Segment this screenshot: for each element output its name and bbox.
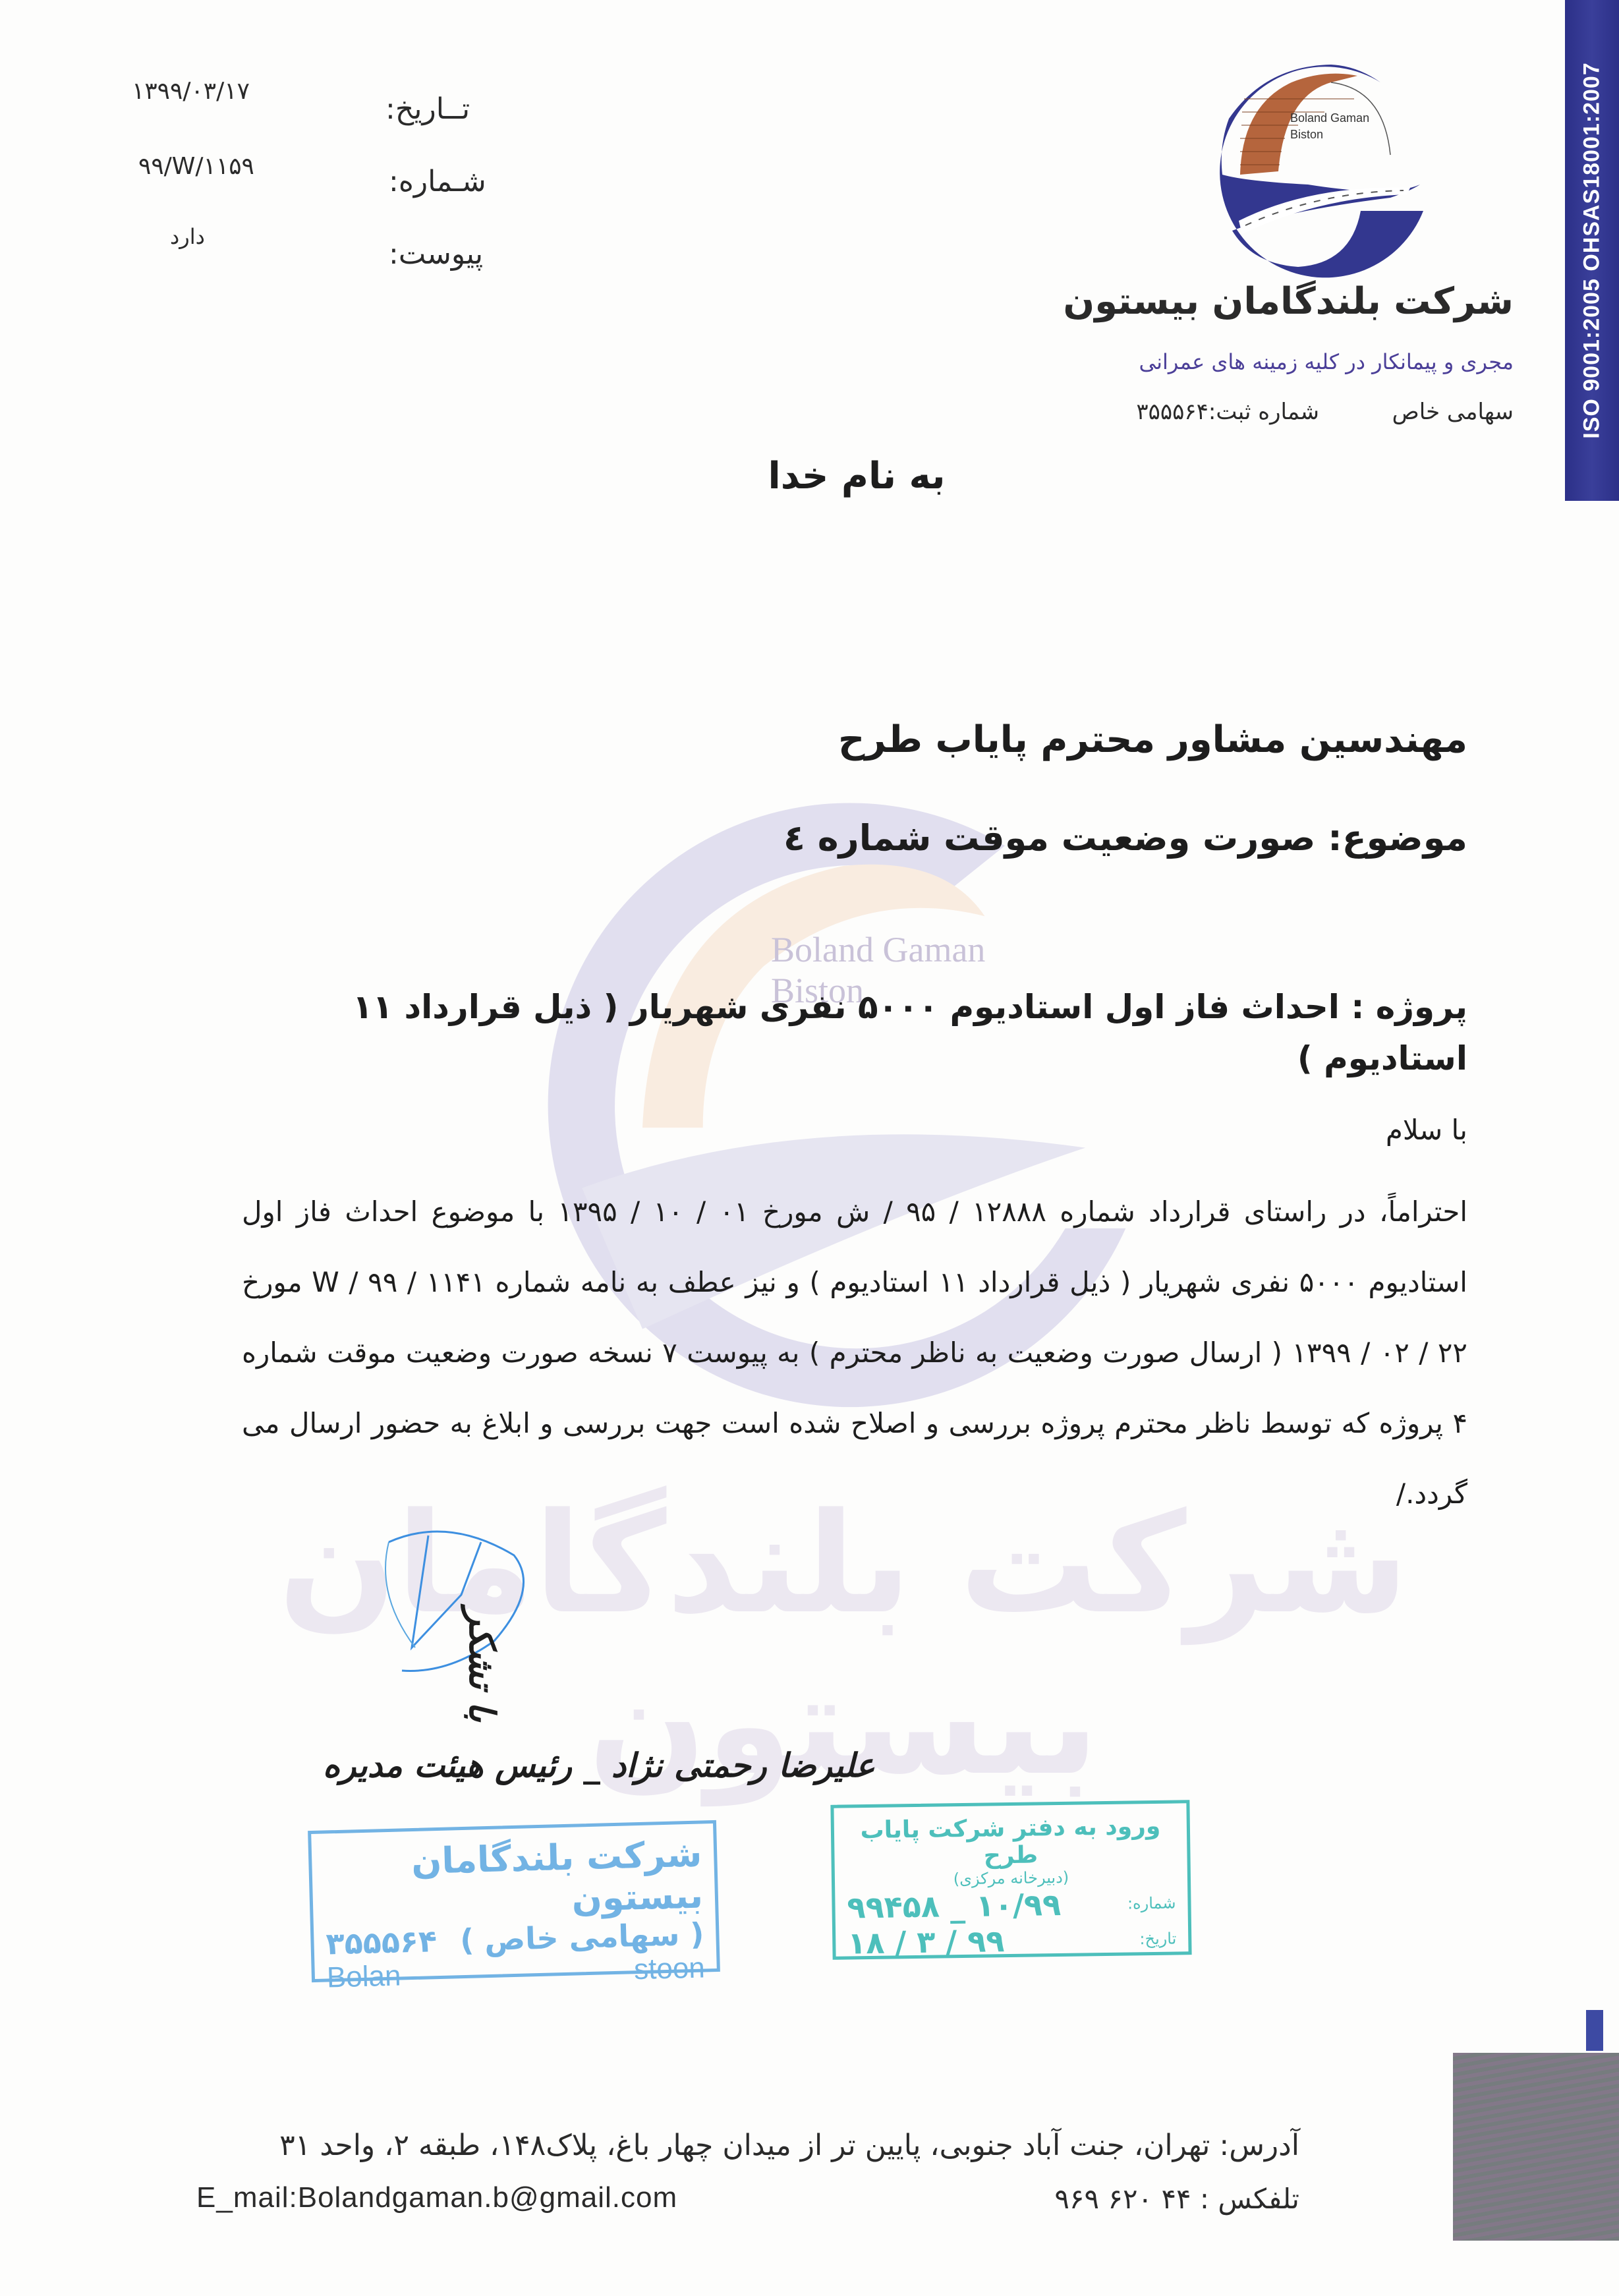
scan-artifact-patch (1453, 2053, 1619, 2241)
number-label: شـماره: (389, 165, 486, 198)
iso-certification-text: ISO 9001:2005 OHSAS18001:2007 (1579, 62, 1605, 438)
company-logo-icon: Boland Gaman Biston (1193, 46, 1430, 283)
handwritten-signature-icon (349, 1516, 567, 1687)
bismillah-heading: به نام خدا (725, 455, 988, 498)
closing-thanks: با تشکر (461, 1608, 503, 1722)
signer-name-title: علیرضا رحمتی نژاد _ رئیس هیئت مدیره (323, 1746, 875, 1785)
receipt-date-label: تاریخ: (1139, 1930, 1176, 1949)
company-type: سهامی خاص (1392, 399, 1514, 425)
receipt-number-value: ۱۰/۹۹ _ ۹۹۴۵۸ (847, 1887, 1061, 1926)
company-stamp: شرکت بلندگامان بیستون ( سهامی خاص ) ۳۵۵۵… (308, 1820, 720, 1982)
subject-line: موضوع: صورت وضعیت موقت شماره ٤ (783, 817, 1467, 859)
footer-email: E_mail:Bolandgaman.b@gmail.com (196, 2181, 677, 2214)
iso-certification-band: ISO 9001:2005 OHSAS18001:2007 (1565, 0, 1619, 501)
company-name: شرکت بلندگامان بیستون (1063, 280, 1514, 323)
letter-body: احتراماً، در راستای قرارداد شماره ۱۲۸۸۸ … (242, 1176, 1467, 1529)
attachment-label: پیوست: (389, 237, 483, 271)
svg-text:Biston: Biston (1290, 128, 1323, 141)
receipt-date-value: ۹۹ / ۳ / ۱۸ (847, 1923, 1005, 1961)
recipient: مهندسین مشاور محترم پایاب طرح (838, 718, 1467, 761)
date-label: تــاریخ: (385, 92, 470, 126)
project-line: پروژه : احداث فاز اول استادیوم ۵۰۰۰ نفری… (268, 982, 1467, 1084)
receipt-number-label: شماره: (1127, 1894, 1176, 1913)
greeting: با سلام (1386, 1114, 1467, 1146)
footer-telefax: تلفکس : ۴۴ ۶۲۰ ۹۶۹ (1054, 2183, 1299, 2215)
footer-address: آدرس: تهران، جنت آباد جنوبی، پایین تر از… (279, 2129, 1299, 2162)
company-tagline: مجری و پیمانکار در کلیه زمینه های عمرانی (1139, 349, 1514, 374)
iso-band-bottom-fragment (1586, 2010, 1603, 2051)
date-value: ۱۳۹۹/۰۳/۱۷ (132, 78, 250, 105)
svg-text:Boland Gaman: Boland Gaman (1290, 111, 1369, 125)
company-registration-number: شماره ثبت:۳۵۵۵۶۴ (1136, 399, 1319, 425)
receipt-stamp: ورود به دفتر شرکت پایاب طرح (دبیرخانه مر… (830, 1800, 1191, 1960)
attachment-value: دارد (170, 224, 205, 249)
number-value: ۹۹/W/۱۱۵۹ (138, 153, 254, 180)
